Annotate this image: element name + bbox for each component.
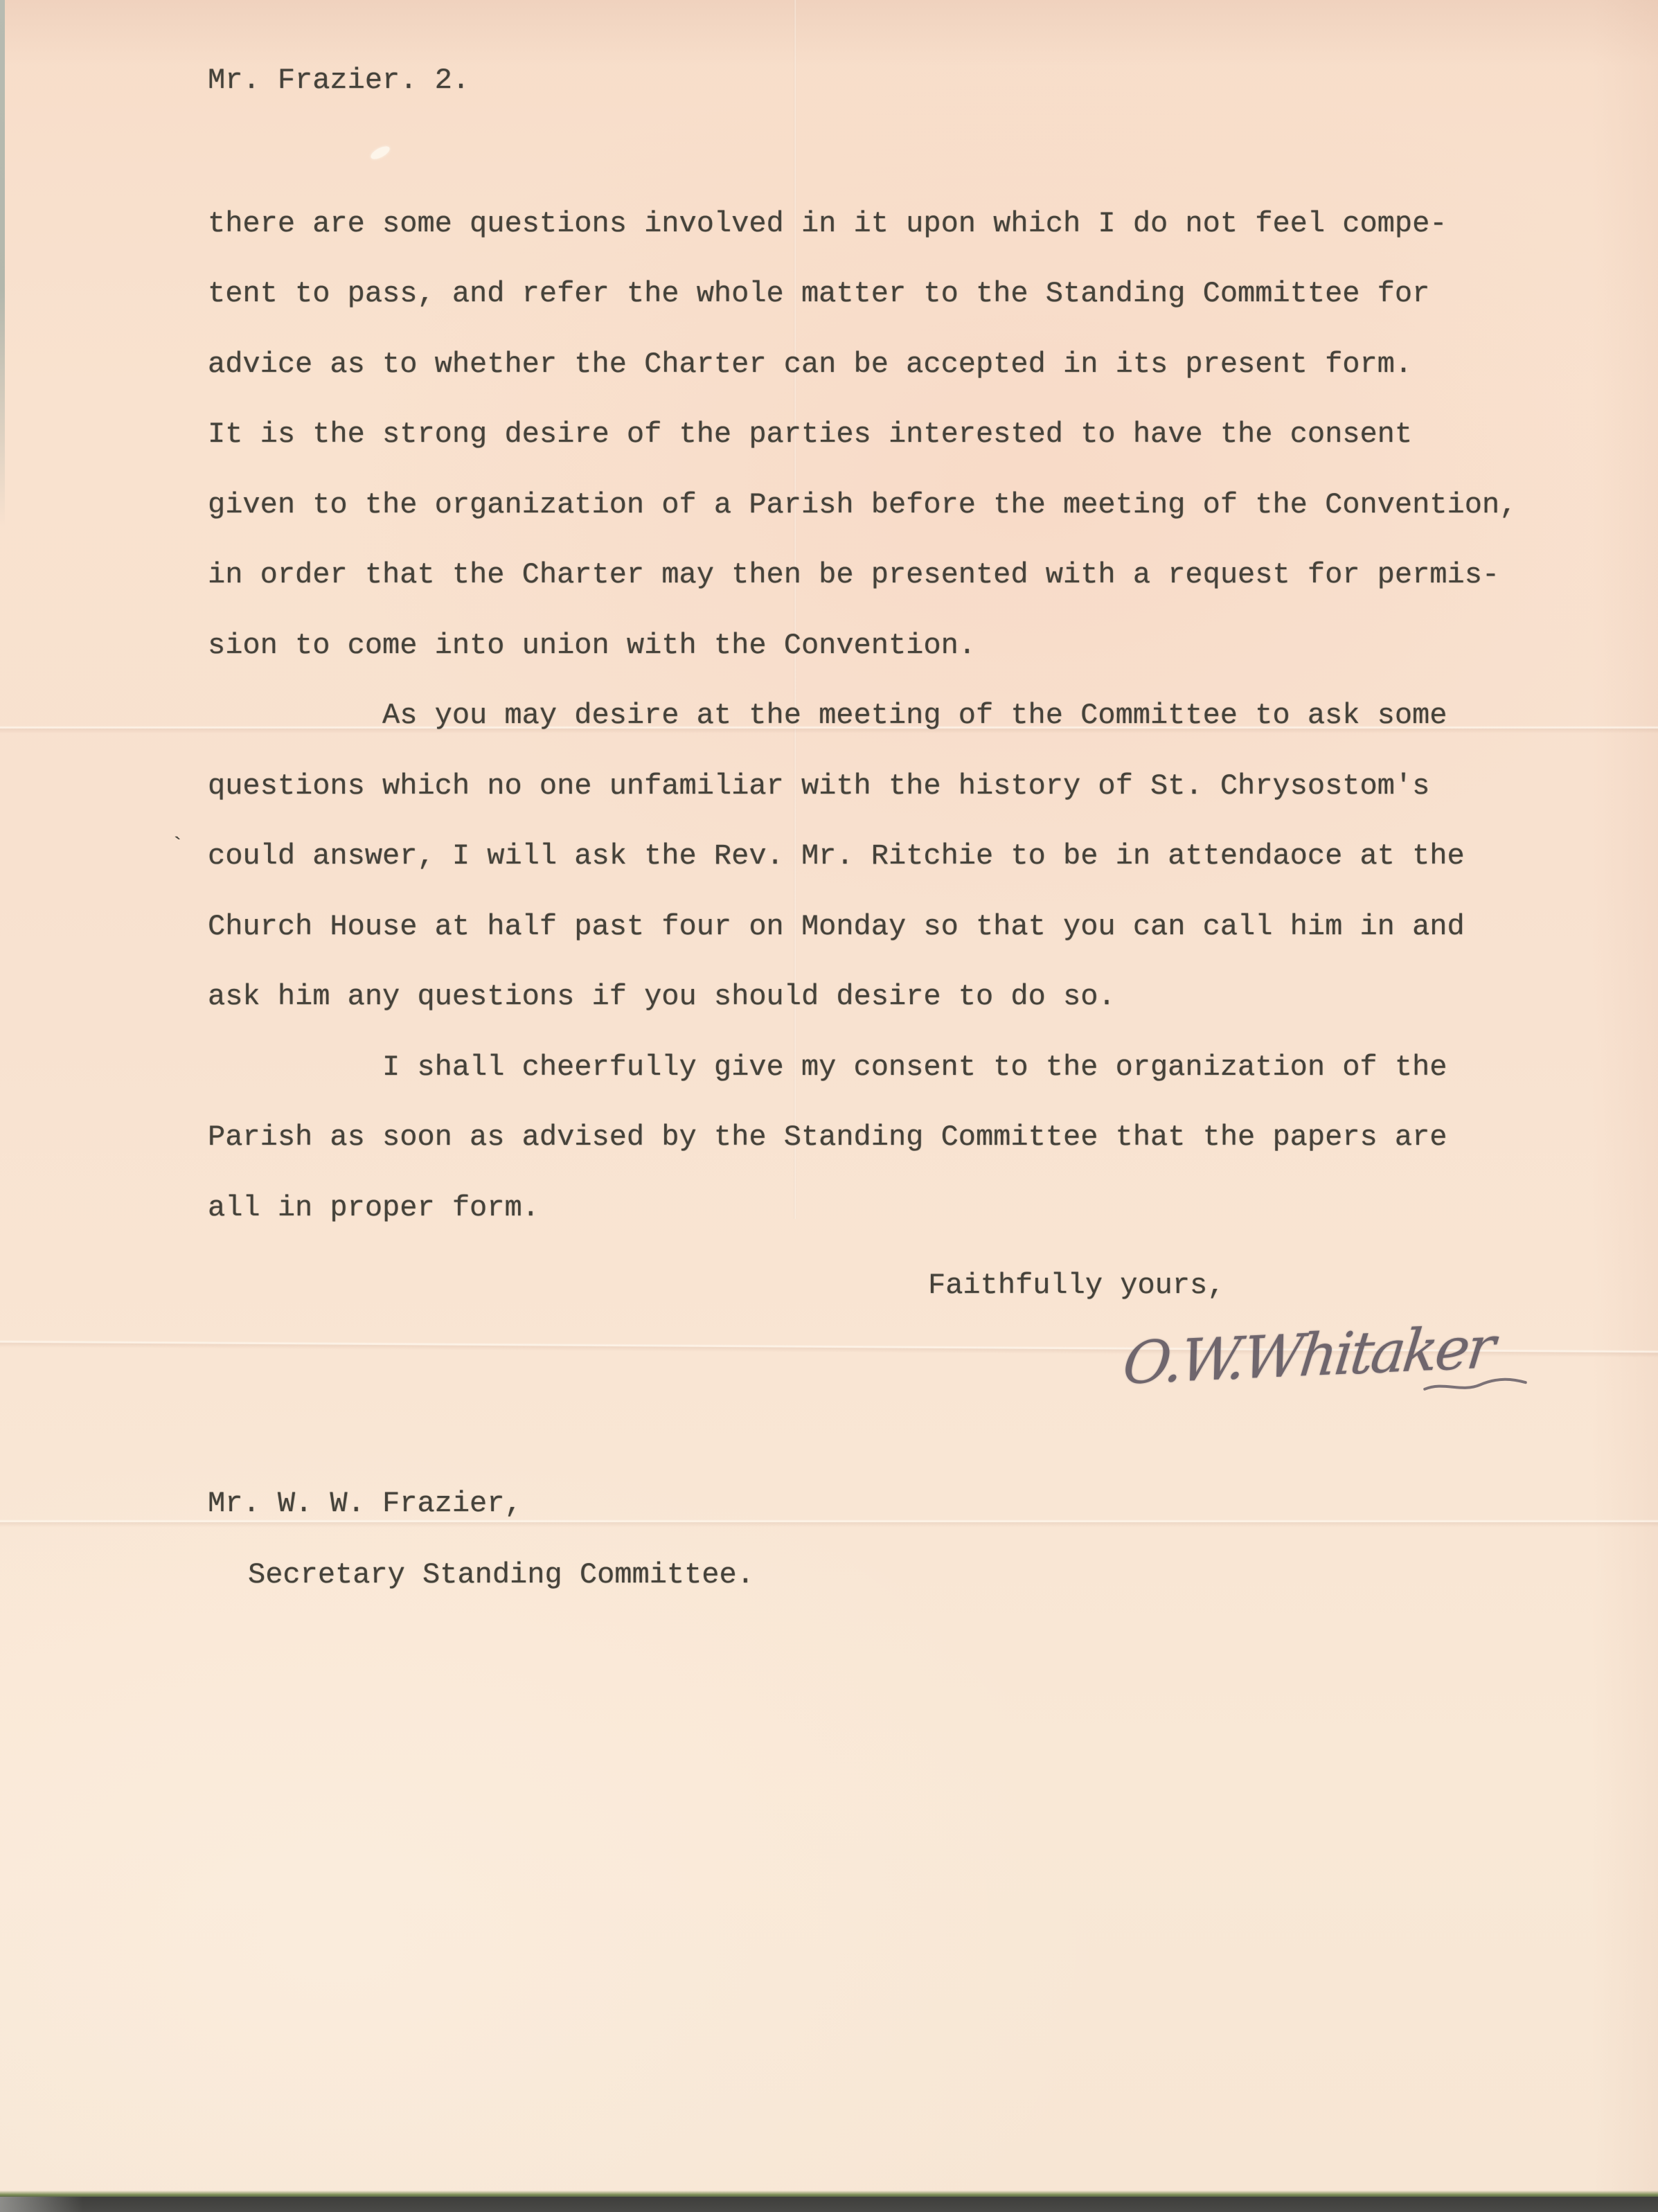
addressee-title: Secretary Standing Committee. <box>248 1560 754 1589</box>
letter-line: all in proper form. <box>208 1193 540 1222</box>
scan-background-strip-corner <box>0 2197 83 2212</box>
scan-edge-left <box>0 0 5 526</box>
letter-line: ask him any questions if you should desi… <box>208 982 1116 1011</box>
letter-line: Church House at half past four on Monday… <box>208 912 1465 941</box>
letter-line: in order that the Charter may then be pr… <box>208 560 1499 589</box>
stray-ink-mark: ` <box>170 835 184 861</box>
letter-line: could answer, I will ask the Rev. Mr. Ri… <box>208 841 1465 871</box>
letter-line: sion to come into union with the Convent… <box>208 631 976 660</box>
letter-page <box>0 0 1658 2195</box>
letter-line: Parish as soon as advised by the Standin… <box>208 1123 1447 1152</box>
scan-background-strip <box>0 2197 1658 2212</box>
addressee-name: Mr. W. W. Frazier, <box>208 1489 522 1518</box>
scan-edge-green-line <box>0 2191 1658 2197</box>
letter-line: given to the organization of a Parish be… <box>208 490 1517 519</box>
letter-line: It is the strong desire of the parties i… <box>208 420 1412 449</box>
letter-line: advice as to whether the Charter can be … <box>208 350 1412 379</box>
letter-line: tent to pass, and refer the whole matter… <box>208 279 1429 308</box>
letter-line: questions which no one unfamiliar with t… <box>208 771 1429 801</box>
letter-line: there are some questions involved in it … <box>208 209 1447 238</box>
letter-line-paragraph-indent: As you may desire at the meeting of the … <box>382 701 1447 730</box>
letter-line-paragraph-indent: I shall cheerfully give my consent to th… <box>382 1053 1447 1082</box>
page-header: Mr. Frazier. 2. <box>208 66 470 95</box>
closing-salutation: Faithfully yours, <box>928 1271 1224 1300</box>
